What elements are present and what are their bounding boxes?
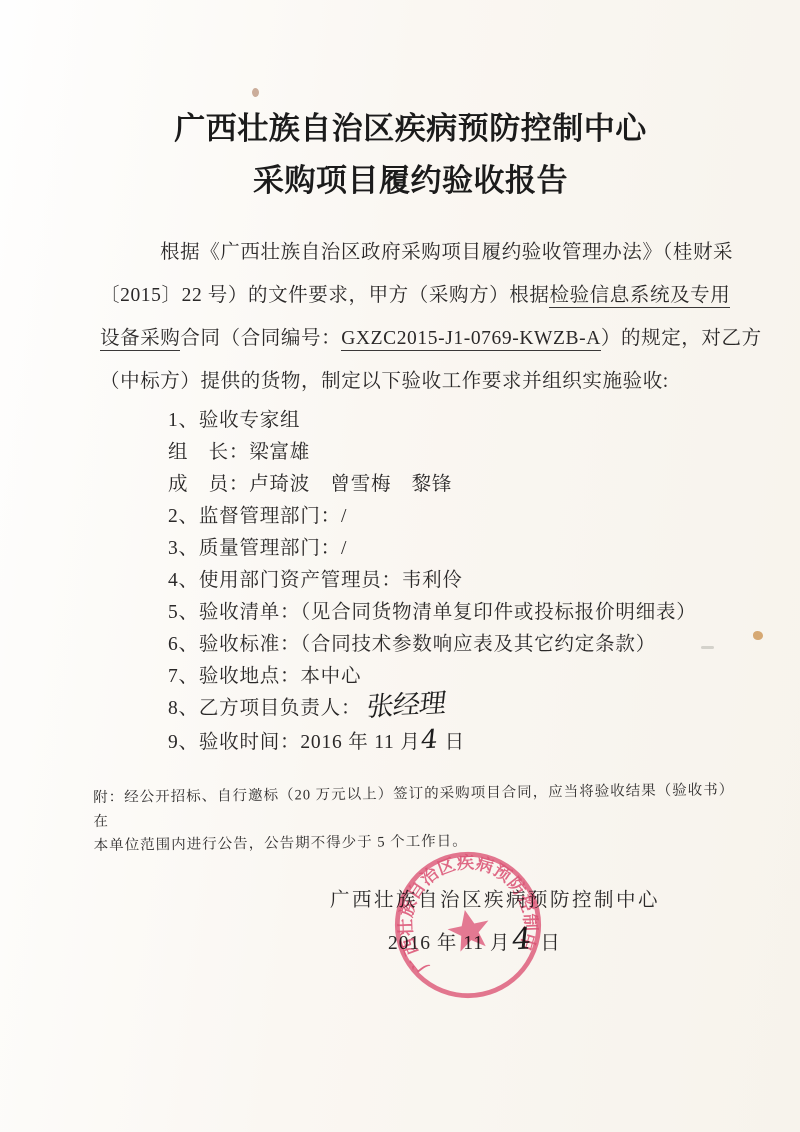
seal-graphic: 广西壮族自治区疾病预防控制中心 xyxy=(367,822,569,1028)
list-item-asset-manager: 4、使用部门资产管理员：韦利伶 xyxy=(168,564,463,592)
list-item-label: 9、验收时间：2016 年 11 月 xyxy=(168,732,421,753)
scan-speck xyxy=(252,88,259,97)
underlined-contract-name: 设备采购 xyxy=(100,328,180,351)
intro-text: 合同（合同编号： xyxy=(180,328,341,349)
scanned-document-page: 广西壮族自治区疾病预防控制中心 采购项目履约验收报告 根据《广西壮族自治区政府采… xyxy=(0,0,800,1132)
seal-star-icon xyxy=(444,906,493,954)
handwritten-signature: 张经理 xyxy=(366,694,447,718)
document-title: 广西壮族自治区疾病预防控制中心 采购项目履约验收报告 xyxy=(21,103,800,207)
official-red-seal: 广西壮族自治区疾病预防控制中心 xyxy=(367,822,569,1028)
list-item-group-leader: 组 长：梁富雄 xyxy=(168,436,310,464)
title-line-report: 采购项目履约验收报告 xyxy=(21,155,800,207)
intro-text: 根据《广西壮族自治区政府采购项目履约验收管理办法》（桂财采 xyxy=(160,242,733,263)
underlined-contract-number: GXZC2015-J1-0769-KWZB-A xyxy=(341,328,601,351)
title-line-org: 广西壮族自治区疾病预防控制中心 xyxy=(21,103,800,155)
list-item-quality-dept: 3、质量管理部门：/ xyxy=(168,532,347,560)
scan-speck xyxy=(753,631,763,640)
intro-paragraph-line-1: 根据《广西壮族自治区政府采购项目履约验收管理办法》（桂财采 xyxy=(100,236,800,264)
list-item-expert-group: 1、验收专家组 xyxy=(168,404,300,432)
intro-paragraph-line-2: 〔2015〕22 号）的文件要求，甲方（采购方）根据检验信息系统及专用 xyxy=(100,279,740,307)
list-item-acceptance-standard: 6、验收标准：（合同技术参数响应表及其它约定条款） xyxy=(168,628,656,656)
list-item-party-b-manager: 8、乙方项目负责人：张经理 xyxy=(168,692,445,720)
list-item-acceptance-place: 7、验收地点：本中心 xyxy=(168,660,361,688)
intro-paragraph-line-4: （中标方）提供的货物，制定以下验收工作要求并组织实施验收: xyxy=(100,365,740,393)
underlined-contract-name: 检验信息系统及专用 xyxy=(549,285,730,308)
list-item-acceptance-date: 9、验收时间：2016 年 11 月4 日 xyxy=(168,726,465,754)
list-item-supervision-dept: 2、监督管理部门：/ xyxy=(168,500,347,528)
list-item-acceptance-list: 5、验收清单：（见合同货物清单复印件或投标报价明细表） xyxy=(168,596,697,624)
list-item-label: 8、乙方项目负责人： xyxy=(168,698,361,719)
intro-text: ）的规定，对乙方 xyxy=(601,328,762,349)
list-item-group-members: 成 员：卢琦波 曾雪梅 黎锋 xyxy=(168,468,452,496)
handwritten-day: 4 xyxy=(420,732,439,749)
intro-paragraph-line-3: 设备采购合同（合同编号：GXZC2015-J1-0769-KWZB-A）的规定，… xyxy=(100,322,740,350)
day-suffix: 日 xyxy=(445,732,465,753)
intro-text: 〔2015〕22 号）的文件要求，甲方（采购方）根据 xyxy=(100,285,549,306)
scan-speck xyxy=(701,646,714,649)
footnote-line-1: 附：经公开招标、自行邀标（20 万元以上）签订的采购项目合同，应当将验收结果（验… xyxy=(93,778,749,834)
intro-text: （中标方）提供的货物，制定以下验收工作要求并组织实施验收: xyxy=(100,371,669,392)
